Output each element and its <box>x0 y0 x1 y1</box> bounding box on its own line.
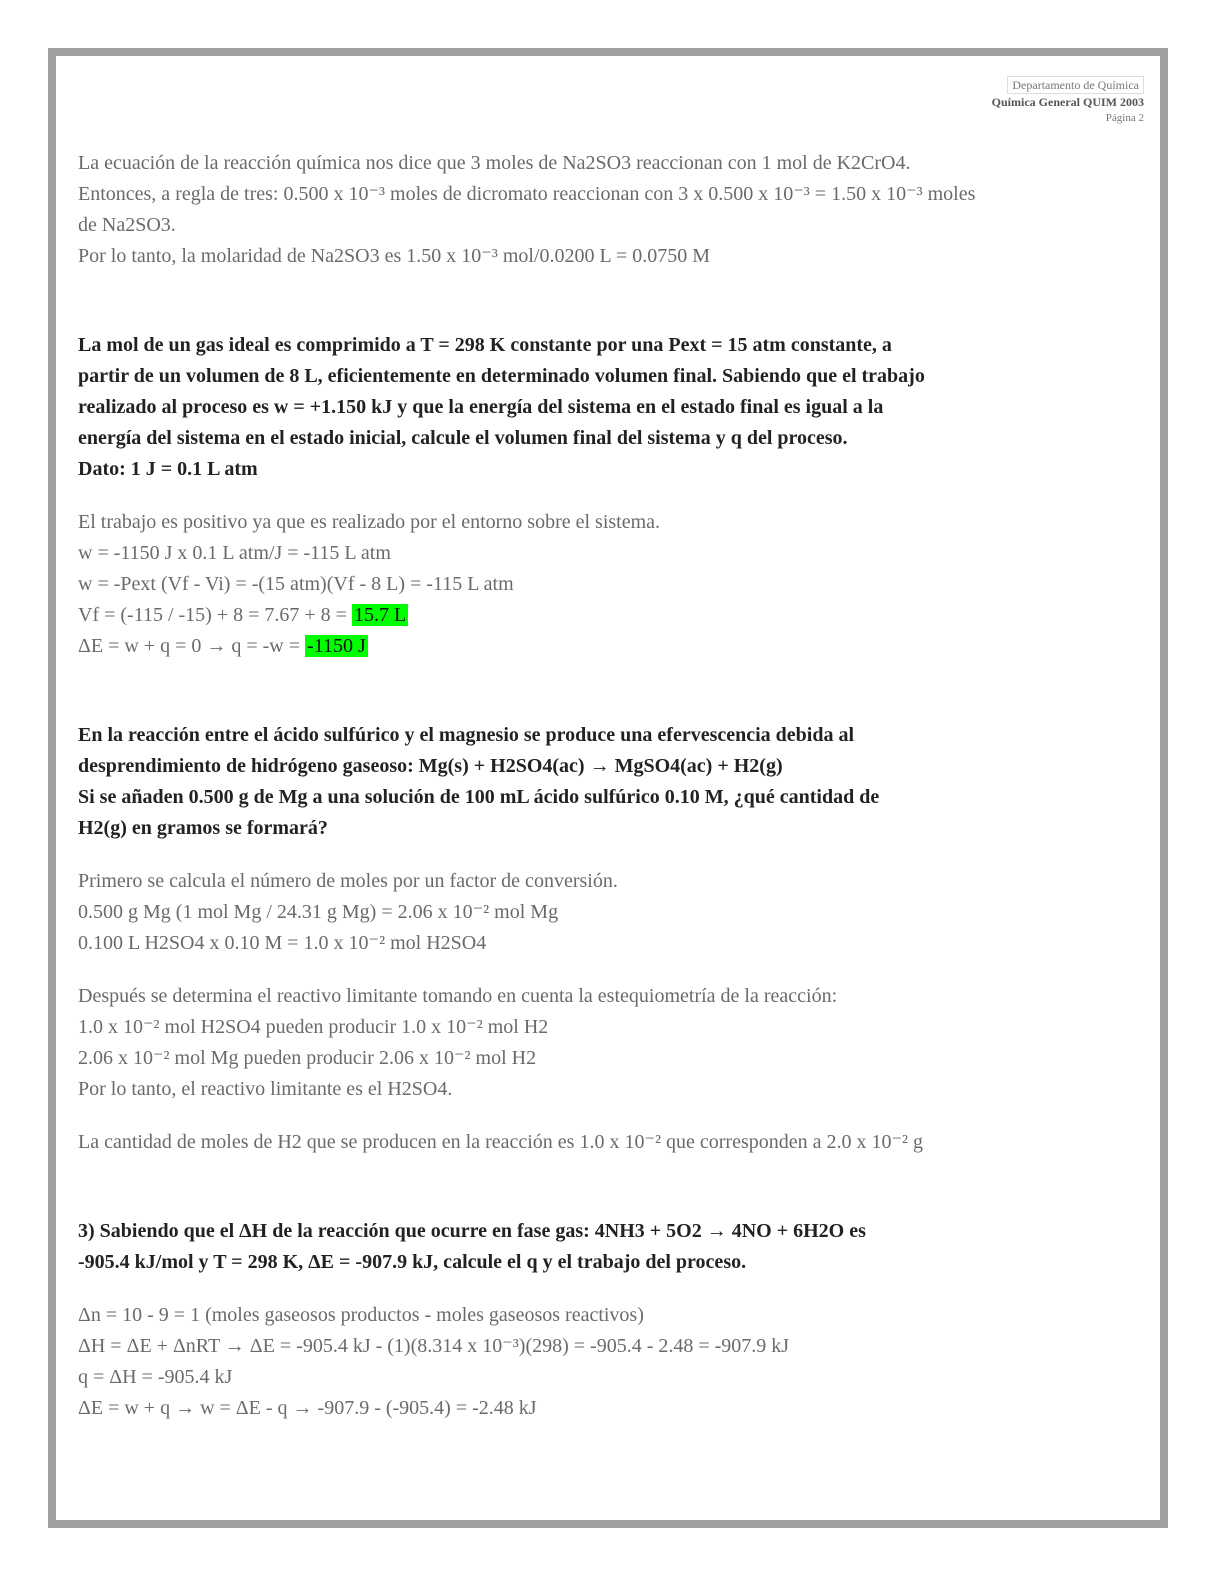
solution-line: de Na2SO3. <box>78 210 1138 241</box>
solution-line: ΔE = w + q → w = ΔE - q → -907.9 - (-905… <box>78 1393 1138 1424</box>
exam-title: Química General QUIM 2003 <box>992 94 1144 110</box>
document-body: La ecuación de la reacción química nos d… <box>78 148 1138 1424</box>
question-line: partir de un volumen de 8 L, eficienteme… <box>78 361 1138 392</box>
question-line: En la reacción entre el ácido sulfúrico … <box>78 720 1138 751</box>
spacer <box>78 485 1138 507</box>
question-line: realizado al proceso es w = +1.150 kJ y … <box>78 392 1138 423</box>
line-text: w = -Pext (Vf - Vi) = -(15 atm)(Vf - 8 L… <box>78 573 514 595</box>
solution-line: 2.06 x 10⁻² mol Mg pueden producir 2.06 … <box>78 1043 1138 1074</box>
solution-line: El trabajo es positivo ya que es realiza… <box>78 507 1138 538</box>
solution-block: La ecuación de la reacción química nos d… <box>78 148 1138 272</box>
line-text: w = -1150 J x 0.1 L atm/J = -115 L atm <box>78 542 391 564</box>
solution-block: La cantidad de moles de H2 que se produc… <box>78 1127 1138 1158</box>
question-line: -905.4 kJ/mol y T = 298 K, ΔE = -907.9 k… <box>78 1247 1138 1278</box>
line-text: Vf = (-115 / -15) + 8 = 7.67 + 8 = <box>78 604 352 626</box>
solution-line: Δn = 10 - 9 = 1 (moles gaseosos producto… <box>78 1300 1138 1331</box>
solution-block: El trabajo es positivo ya que es realiza… <box>78 507 1138 662</box>
question-block: La mol de un gas ideal es comprimido a T… <box>78 330 1138 485</box>
solution-line: Por lo tanto, el reactivo limitante es e… <box>78 1074 1138 1105</box>
page-number: Página 2 <box>992 110 1144 126</box>
spacer <box>78 272 1138 330</box>
solution-block: Primero se calcula el número de moles po… <box>78 866 1138 959</box>
solution-line: ΔH = ΔE + ΔnRT → ΔE = -905.4 kJ - (1)(8.… <box>78 1331 1138 1362</box>
solution-line: Por lo tanto, la molaridad de Na2SO3 es … <box>78 241 1138 272</box>
question-block: 3) Sabiendo que el ΔH de la reacción que… <box>78 1216 1138 1278</box>
page-header: Departamento de Química Química General … <box>992 76 1144 126</box>
solution-block: Δn = 10 - 9 = 1 (moles gaseosos producto… <box>78 1300 1138 1424</box>
solution-line: Entonces, a regla de tres: 0.500 x 10⁻³ … <box>78 179 1138 210</box>
question-line: Dato: 1 J = 0.1 L atm <box>78 454 1138 485</box>
spacer <box>78 1278 1138 1300</box>
question-line: energía del sistema en el estado inicial… <box>78 423 1138 454</box>
line-text: El trabajo es positivo ya que es realiza… <box>78 511 660 533</box>
question-line: 3) Sabiendo que el ΔH de la reacción que… <box>78 1216 1138 1247</box>
question-block: En la reacción entre el ácido sulfúrico … <box>78 720 1138 844</box>
solution-line: Después se determina el reactivo limitan… <box>78 981 1138 1012</box>
spacer <box>78 1158 1138 1216</box>
solution-line: 0.100 L H2SO4 x 0.10 M = 1.0 x 10⁻² mol … <box>78 928 1138 959</box>
solution-line: 1.0 x 10⁻² mol H2SO4 pueden producir 1.0… <box>78 1012 1138 1043</box>
question-line: Si se añaden 0.500 g de Mg a una solució… <box>78 782 1138 813</box>
solution-line: 0.500 g Mg (1 mol Mg / 24.31 g Mg) = 2.0… <box>78 897 1138 928</box>
spacer <box>78 959 1138 981</box>
highlighted-answer: -1150 J <box>305 635 368 657</box>
spacer <box>78 662 1138 720</box>
solution-line: w = -1150 J x 0.1 L atm/J = -115 L atm <box>78 538 1138 569</box>
department-label: Departamento de Química <box>1007 76 1144 94</box>
question-line: H2(g) en gramos se formará? <box>78 813 1138 844</box>
line-text: ΔE = w + q = 0 → q = -w = <box>78 635 305 657</box>
document-page: Departamento de Química Química General … <box>48 48 1168 1528</box>
spacer <box>78 844 1138 866</box>
solution-line: Vf = (-115 / -15) + 8 = 7.67 + 8 = 15.7 … <box>78 600 1138 631</box>
solution-line: w = -Pext (Vf - Vi) = -(15 atm)(Vf - 8 L… <box>78 569 1138 600</box>
solution-line: q = ΔH = -905.4 kJ <box>78 1362 1138 1393</box>
question-line: La mol de un gas ideal es comprimido a T… <box>78 330 1138 361</box>
spacer <box>78 1105 1138 1127</box>
question-line: desprendimiento de hidrógeno gaseoso: Mg… <box>78 751 1138 782</box>
solution-block: Después se determina el reactivo limitan… <box>78 981 1138 1105</box>
highlighted-answer: 15.7 L <box>352 604 408 626</box>
solution-line: La ecuación de la reacción química nos d… <box>78 148 1138 179</box>
solution-line: ΔE = w + q = 0 → q = -w = -1150 J <box>78 631 1138 662</box>
solution-line: Primero se calcula el número de moles po… <box>78 866 1138 897</box>
solution-line: La cantidad de moles de H2 que se produc… <box>78 1127 1138 1158</box>
